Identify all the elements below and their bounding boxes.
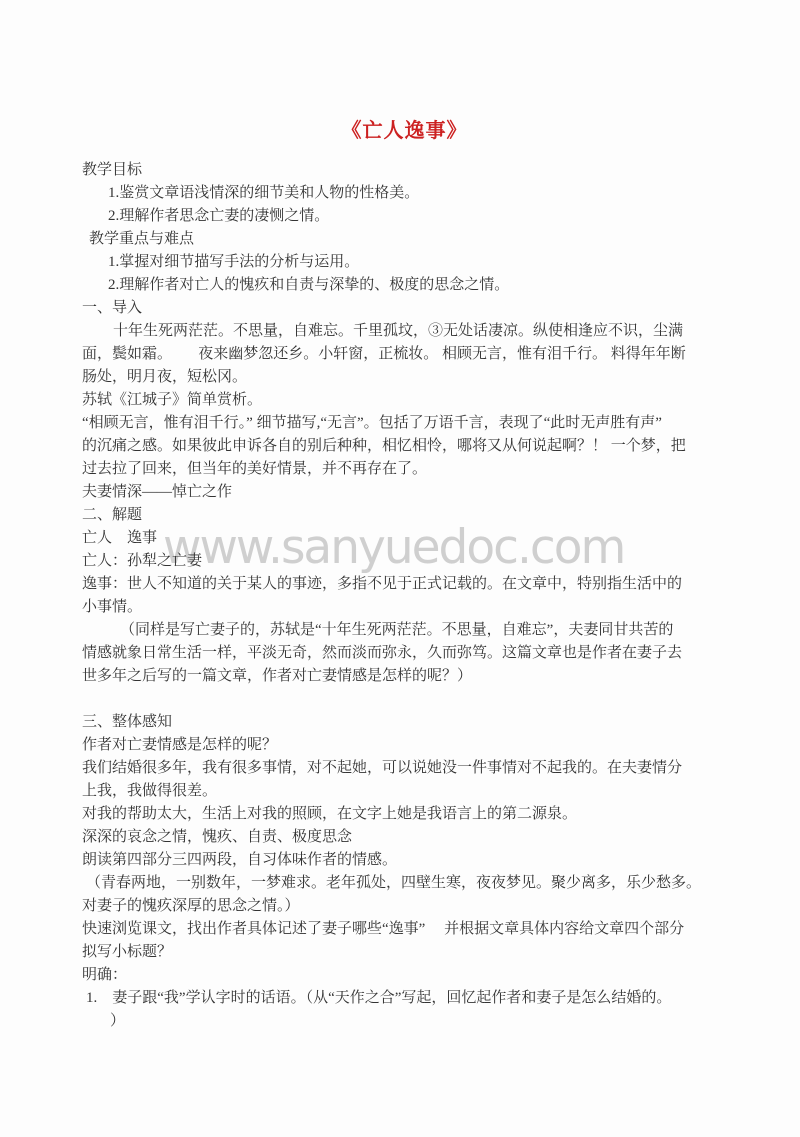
text-line: 朗读第四部分三四两段，自习体味作者的情感。: [82, 849, 727, 872]
document-content: 《亡人逸事》 教学目标1.鉴赏文章语浅情深的细节美和人物的性格美。2.理解作者思…: [82, 118, 727, 1033]
text-line: 快速浏览课文，找出作者具体记述了妻子哪些“逸事” 并根据文章具体内容给文章四个部…: [82, 918, 727, 941]
text-line: 对我的帮助太大，生活上对我的照顾，在文字上她是我语言上的第二源泉。: [82, 803, 727, 826]
text-line: 十年生死两茫茫。不思量，自难忘。千里孤坟，③无处话凄凉。纵使相逢应不识，尘满: [82, 320, 727, 343]
document-page: www.sanyuedoc.com 《亡人逸事》 教学目标1.鉴赏文章语浅情深的…: [0, 0, 800, 1137]
text-line: 教学目标: [82, 159, 727, 182]
text-line: 世多年之后写的一篇文章，作者对亡妻情感是怎样的呢？）: [82, 665, 727, 688]
text-line: 逸事：世人不知道的关于某人的事迹，多指不见于正式记载的。在文章中，特别指生活中的: [82, 573, 727, 596]
document-body: 教学目标1.鉴赏文章语浅情深的细节美和人物的性格美。2.理解作者思念亡妻的凄恻之…: [82, 159, 727, 1033]
text-line: 2.理解作者对亡人的愧疚和自责与深挚的、极度的思念之情。: [82, 274, 727, 297]
text-line: 三、整体感知: [82, 711, 727, 734]
text-line: 深深的哀念之情，愧疚、自责、极度思念: [82, 826, 727, 849]
text-line: 的沉痛之感。如果彼此申诉各自的别后种种，相忆相怜，哪将又从何说起啊？！ 一个梦，…: [82, 435, 727, 458]
text-line: “相顾无言，惟有泪千行。” 细节描写,“无言”。包括了万语千言，表现了“此时无声…: [82, 412, 727, 435]
text-line: 教学重点与难点: [82, 228, 727, 251]
page-title: 《亡人逸事》: [82, 118, 727, 145]
text-line: 亡人 逸事: [82, 527, 727, 550]
text-line: 1.掌握对细节描写手法的分析与运用。: [82, 251, 727, 274]
text-line: 面，鬓如霜。 夜来幽梦忽还乡。小轩窗，正梳妆。 相顾无言，惟有泪千行。 料得年年…: [82, 343, 727, 366]
text-line: 夫妻情深——悼亡之作: [82, 481, 727, 504]
text-line: 1.鉴赏文章语浅情深的细节美和人物的性格美。: [82, 182, 727, 205]
text-line: 对妻子的愧疚深厚的思念之情。）: [82, 895, 727, 918]
text-line: 一、导入: [82, 297, 727, 320]
text-line: 亡人：孙犁之亡妻: [82, 550, 727, 573]
text-line: 情感就象日常生活一样，平淡无奇，然而淡而弥永，久而弥笃。这篇文章也是作者在妻子去: [82, 642, 727, 665]
text-line: 我们结婚很多年，我有很多事情，对不起她，可以说她没一件事情对不起我的。在夫妻情分: [82, 757, 727, 780]
text-line: ）: [82, 1010, 727, 1033]
text-line: 上我，我做得很差。: [82, 780, 727, 803]
text-line: 拟写小标题？: [82, 941, 727, 964]
text-line: 小事情。: [82, 596, 727, 619]
text-line: （同样是写亡妻子的，苏轼是“十年生死两茫茫。不思量，自难忘”，夫妻同甘共苦的: [82, 619, 727, 642]
text-line: 二、解题: [82, 504, 727, 527]
text-line: 作者对亡妻情感是怎样的呢？: [82, 734, 727, 757]
text-line: 过去拉了回来，但当年的美好情景，并不再存在了。: [82, 458, 727, 481]
text-line: 2.理解作者思念亡妻的凄恻之情。: [82, 205, 727, 228]
text-line: 肠处，明月夜，短松冈。: [82, 366, 727, 389]
text-line: 1. 妻子跟“我”学认字时的话语。（从“天作之合”写起，回忆起作者和妻子是怎么结…: [82, 987, 727, 1010]
text-line: 明确：: [82, 964, 727, 987]
text-line: （青春两地，一别数年，一梦难求。老年孤处，四壁生寒，夜夜梦见。聚少离多，乐少愁多…: [82, 872, 727, 895]
blank-line: [82, 688, 727, 711]
text-line: 苏轼《江城子》简单赏析。: [82, 389, 727, 412]
